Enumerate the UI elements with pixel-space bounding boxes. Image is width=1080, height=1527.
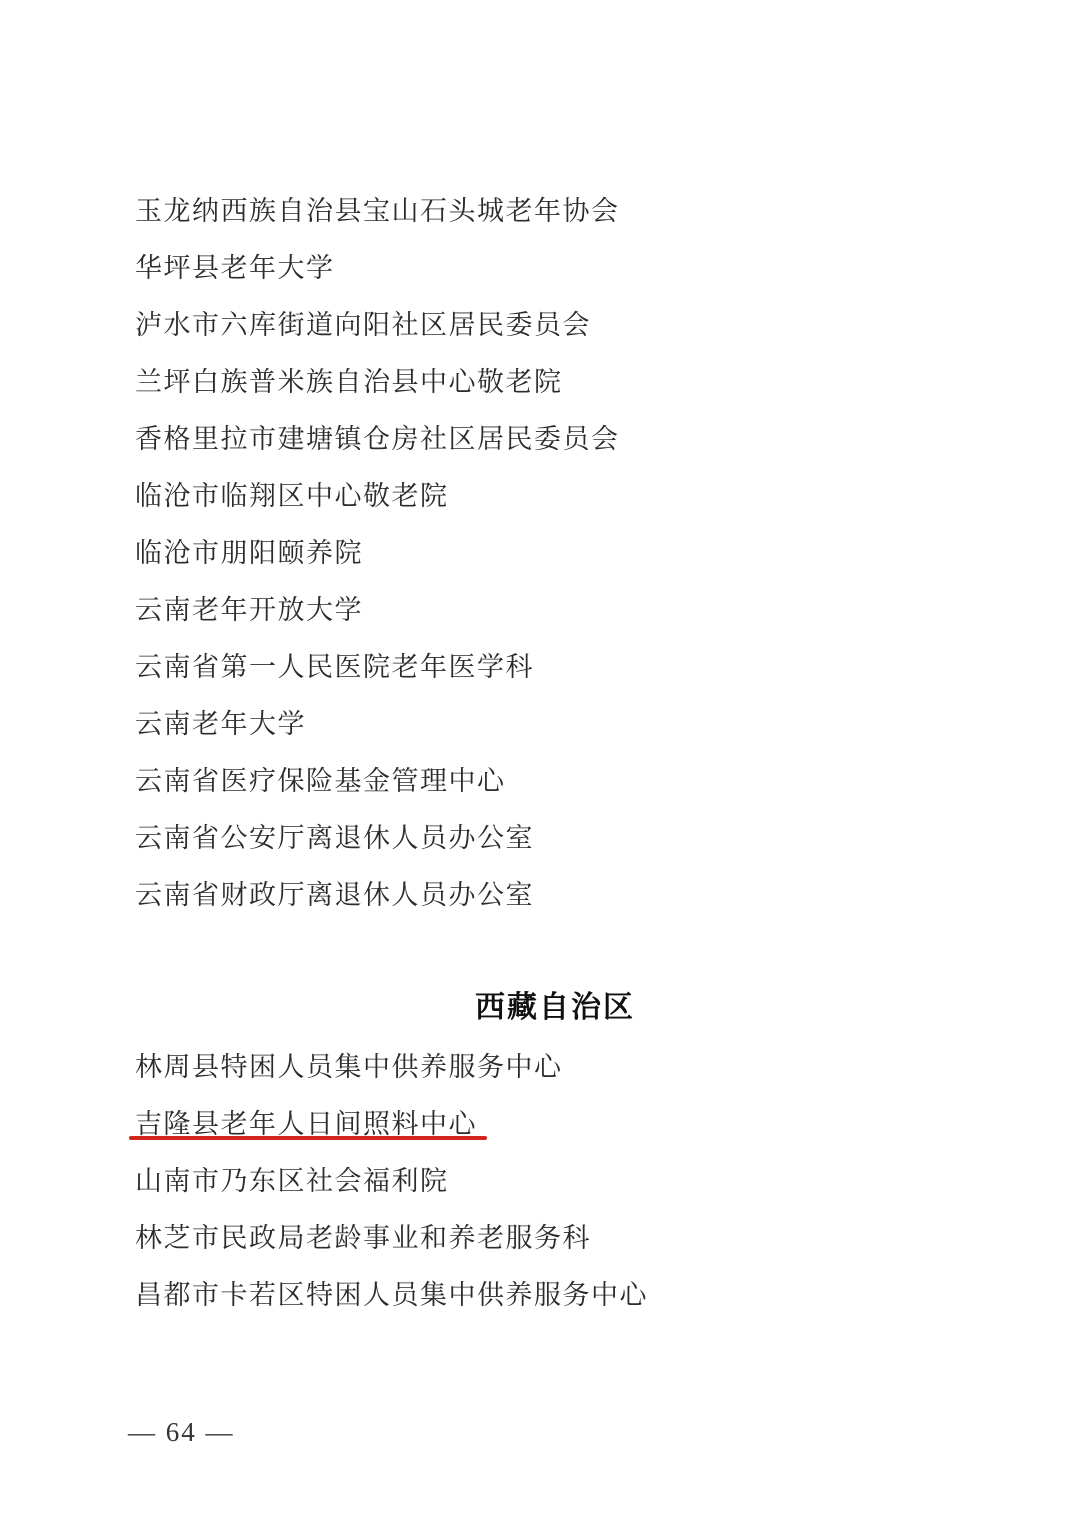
org-name: 林周县特困人员集中供养服务中心 (135, 1052, 563, 1082)
org-name: 山南市乃东区社会福利院 (135, 1166, 449, 1196)
list-item: 兰坪白族普米族自治县中心敬老院 (135, 354, 1080, 411)
org-list-yunnan: 玉龙纳西族自治县宝山石头城老年协会 华坪县老年大学 泸水市六库街道向阳社区居民委… (0, 0, 1080, 924)
org-name: 香格里拉市建塘镇仓房社区居民委员会 (135, 424, 620, 454)
list-item: 云南省医疗保险基金管理中心 (135, 753, 1080, 810)
list-item: 林周县特困人员集中供养服务中心 (135, 1039, 1080, 1096)
list-item: 香格里拉市建塘镇仓房社区居民委员会 (135, 411, 1080, 468)
org-list-tibet: 林周县特困人员集中供养服务中心 吉隆县老年人日间照料中心 山南市乃东区社会福利院… (0, 1039, 1080, 1324)
org-name: 云南老年开放大学 (135, 595, 363, 625)
org-name: 云南老年大学 (135, 709, 306, 739)
list-item: 华坪县老年大学 (135, 240, 1080, 297)
section-heading-tibet: 西藏自治区 (0, 990, 1080, 1026)
org-name: 泸水市六库街道向阳社区居民委员会 (135, 310, 591, 340)
red-underline-annotation (129, 1136, 487, 1140)
org-name: 昌都市卡若区特困人员集中供养服务中心 (135, 1280, 648, 1310)
org-name: 吉隆县老年人日间照料中心 (135, 1109, 477, 1139)
list-item: 山南市乃东区社会福利院 (135, 1153, 1080, 1210)
org-name: 临沧市临翔区中心敬老院 (135, 481, 449, 511)
list-item: 临沧市朋阳颐养院 (135, 525, 1080, 582)
page-number: — 64 — (128, 1417, 1080, 1447)
document-page: 玉龙纳西族自治县宝山石头城老年协会 华坪县老年大学 泸水市六库街道向阳社区居民委… (0, 0, 1080, 1527)
org-name: 林芝市民政局老龄事业和养老服务科 (135, 1223, 591, 1253)
org-name: 兰坪白族普米族自治县中心敬老院 (135, 367, 563, 397)
list-item: 昌都市卡若区特困人员集中供养服务中心 (135, 1267, 1080, 1324)
org-name: 云南省第一人民医院老年医学科 (135, 652, 534, 682)
list-item: 云南省公安厅离退休人员办公室 (135, 810, 1080, 867)
org-name: 临沧市朋阳颐养院 (135, 538, 363, 568)
list-item: 临沧市临翔区中心敬老院 (135, 468, 1080, 525)
org-name: 云南省公安厅离退休人员办公室 (135, 823, 534, 853)
org-name: 华坪县老年大学 (135, 253, 335, 283)
list-item: 云南老年大学 (135, 696, 1080, 753)
list-item: 玉龙纳西族自治县宝山石头城老年协会 (135, 183, 1080, 240)
org-name: 云南省财政厅离退休人员办公室 (135, 880, 534, 910)
list-item: 云南省财政厅离退休人员办公室 (135, 867, 1080, 924)
list-item-underlined: 吉隆县老年人日间照料中心 (135, 1096, 1080, 1153)
list-item: 云南老年开放大学 (135, 582, 1080, 639)
org-name: 云南省医疗保险基金管理中心 (135, 766, 506, 796)
list-item: 林芝市民政局老龄事业和养老服务科 (135, 1210, 1080, 1267)
list-item: 泸水市六库街道向阳社区居民委员会 (135, 297, 1080, 354)
org-name: 玉龙纳西族自治县宝山石头城老年协会 (135, 196, 620, 226)
list-item: 云南省第一人民医院老年医学科 (135, 639, 1080, 696)
